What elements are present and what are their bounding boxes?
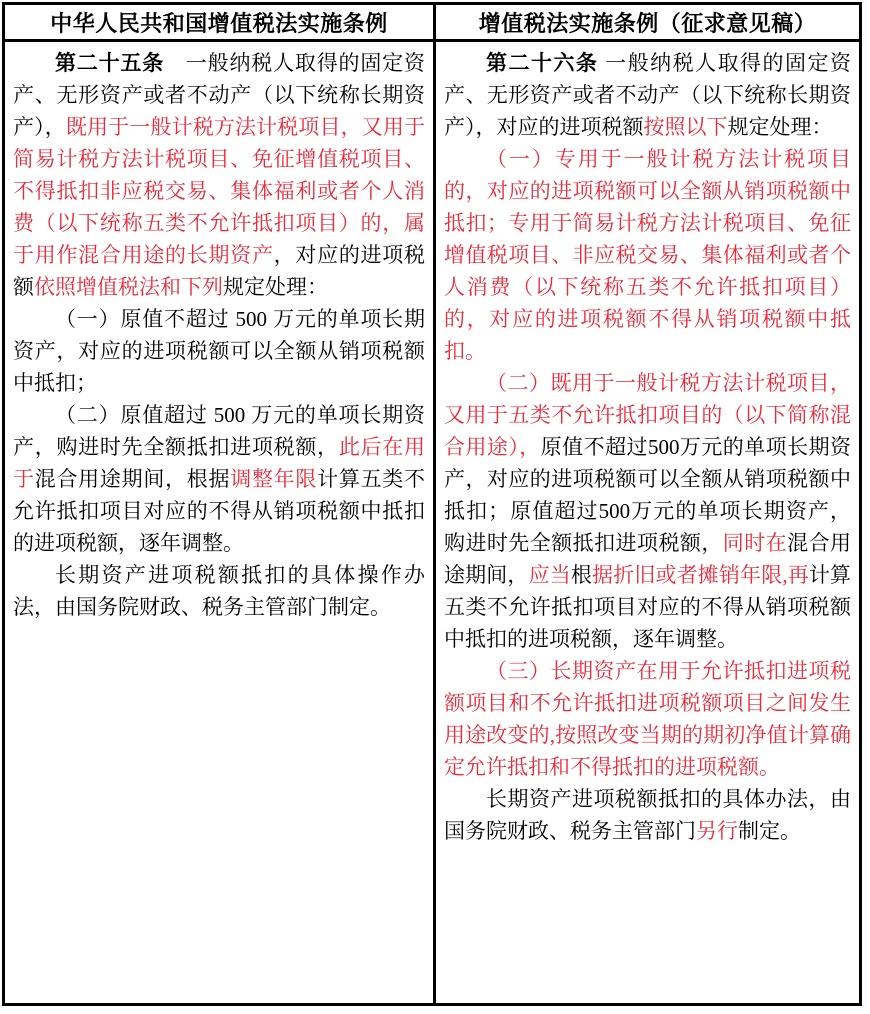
comparison-table: 中华人民共和国增值税法实施条例 增值税法实施条例（征求意见稿） 第二十五条 一般…	[2, 2, 862, 1006]
paragraph: （二）原值超过 500 万元的单项长期资产，购进时先全额抵扣进项税额，此后在用于…	[13, 399, 425, 559]
changed-text-run: 同时在	[723, 531, 787, 555]
paragraph: 长期资产进项税额抵扣的具体操作办法，由国务院财政、税务主管部门制定。	[13, 559, 425, 623]
paragraph: 第二十五条 一般纳税人取得的固定资产、无形资产或者不动产（以下统称长期资产），既…	[13, 47, 425, 303]
text-run: 制定。	[738, 819, 801, 843]
table-header-draft-version: 增值税法实施条例（征求意见稿）	[436, 5, 859, 42]
paragraph: （三）长期资产在用于允许抵扣进项税额项目和不允许抵扣进项税额项目之间发生用途改变…	[444, 655, 851, 783]
changed-text-run: （三）长期资产在用于允许抵扣进项税额项目和不允许抵扣进项税额项目之间发生用途改变…	[444, 659, 851, 779]
table-cell-draft-version-text: 第二十六条 一般纳税人取得的固定资产、无形资产或者不动产（以下统称长期资产），对…	[436, 42, 859, 1003]
paragraph: （二）既用于一般计税方法计税项目，又用于五类不允许抵扣项目的（以下简称混合用途）…	[444, 367, 851, 655]
changed-text-run: 据折旧或者摊销年限,再	[592, 563, 809, 587]
paragraph: （一）专用于一般计税方法计税项目的，对应的进项税额可以全额从销项税额中抵扣；专用…	[444, 143, 851, 367]
text-run: （一）原值不超过 500 万元的单项长期资产，对应的进项税额可以全额从销项税额中…	[13, 307, 425, 395]
text-run: 根	[571, 563, 592, 587]
changed-text-run: 依照增值税法和下列	[34, 275, 223, 299]
text-run: 第二十六条	[486, 51, 598, 75]
paragraph: （一）原值不超过 500 万元的单项长期资产，对应的进项税额可以全额从销项税额中…	[13, 303, 425, 399]
text-run: 混合用途期间，根据	[35, 467, 231, 491]
paragraph: 第二十六条 一般纳税人取得的固定资产、无形资产或者不动产（以下统称长期资产），对…	[444, 47, 851, 143]
changed-text-run: 调整年限	[230, 467, 317, 491]
changed-text-run: 按照以下	[644, 115, 728, 139]
paragraph: 长期资产进项税额抵扣的具体办法，由国务院财政、税务主管部门另行制定。	[444, 783, 851, 847]
changed-text-run: （一）专用于一般计税方法计税项目的，对应的进项税额可以全额从销项税额中抵扣；专用…	[444, 147, 851, 363]
table-cell-current-regulation-text: 第二十五条 一般纳税人取得的固定资产、无形资产或者不动产（以下统称长期资产），既…	[5, 42, 436, 1003]
changed-text-run: 另行	[696, 819, 738, 843]
text-run: 规定处理：	[728, 115, 833, 139]
changed-text-run: 应当	[529, 563, 571, 587]
table-header-current-regulation: 中华人民共和国增值税法实施条例	[5, 5, 436, 42]
text-run: 长期资产进项税额抵扣的具体操作办法，由国务院财政、税务主管部门制定。	[13, 563, 425, 619]
text-run: 规定处理：	[223, 275, 328, 299]
text-run: 第二十五条	[55, 51, 164, 75]
